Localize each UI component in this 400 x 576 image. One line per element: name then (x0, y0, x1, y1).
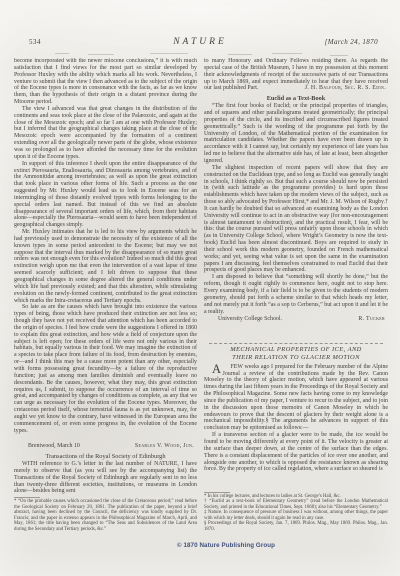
scan-content: 534 NATURE [March 24, 1870 become incorp… (0, 0, 400, 576)
section-heading-euclid: Euclid as a Text-Book (204, 95, 388, 102)
scan-artifact (88, 54, 114, 55)
scan-artifact (228, 54, 252, 55)
article-title: MECHANICAL PROPERTIES OF ICE, AND THEIR … (204, 346, 388, 361)
scanned-page: 534 NATURE [March 24, 1870 become incorp… (0, 0, 400, 576)
footnote: * “On the probable causes which occasion… (14, 499, 197, 532)
page-header: 534 NATURE [March 24, 1870 (0, 38, 400, 50)
footnote: § Proceedings of the Royal Society, Jan.… (204, 521, 388, 532)
body-paragraph: AFEW weeks ago I prepared for the Februa… (204, 364, 388, 432)
drop-cap: A (204, 364, 223, 376)
article-title-line2: THEIR RELATION TO GLACIER MOTION (232, 354, 360, 361)
left-column: become incorporated with the newer mioce… (14, 58, 197, 532)
letter-signature: Brentwood, March 10 Searles V. Wood, Jun… (14, 442, 197, 450)
signature-place-date: University College School. (218, 316, 282, 323)
right-column-text: to many Honorary and Ordinary Fellows re… (204, 58, 388, 341)
footnote-block: * In his college lectures, and lectures … (204, 490, 388, 532)
body-paragraph: So late as are the causes which have bro… (14, 304, 197, 434)
signature-name: R. Tucker (358, 316, 385, 323)
body-paragraph: In support of this inference I dwelt upo… (14, 161, 197, 229)
issue-date: [March 24, 1870 (325, 38, 378, 46)
scan-artifact (150, 53, 188, 54)
copyright-watermark: © 1870 Nature Publishing Group (177, 542, 275, 549)
signature-place-date: Brentwood, March 10 (28, 443, 80, 450)
left-column-text: become incorporated with the newer mioce… (14, 58, 197, 442)
body-paragraph: I am disposed to believe that “something… (204, 274, 388, 315)
footnote: ‡ Nature. In consequence of pressure of … (204, 510, 388, 521)
footnote: † “Euclid as a text-book of Elementary G… (204, 499, 388, 510)
scan-artifact (55, 53, 69, 54)
signature-name: Searles V. Wood, Jun. (135, 443, 194, 450)
article-title-line1: MECHANICAL PROPERTIES OF ICE, AND (230, 346, 362, 353)
paragraph-text: FEW weeks ago I prepared for the Februar… (204, 364, 388, 432)
body-paragraph: The slightest inspection of recent paper… (204, 165, 388, 275)
body-paragraph: become incorporated with the newer mioce… (14, 58, 197, 106)
body-paragraph: WITH reference to G.’s letter in the las… (14, 461, 197, 495)
letter-signature: University College School. R. Tucker (204, 315, 388, 323)
body-paragraph: Mr. Huxley intimates that he is led to h… (14, 229, 197, 304)
right-column: to many Honorary and Ordinary Fellows re… (204, 58, 388, 532)
article-ice-section: MECHANICAL PROPERTIES OF ICE, AND THEIR … (204, 341, 388, 490)
scan-artifact (330, 55, 348, 56)
section-heading-transactions: Transactions of the Royal Society of Edi… (14, 453, 197, 460)
body-paragraph: “The first four books of Euclid; or the … (204, 103, 388, 165)
section-divider (209, 343, 383, 344)
body-paragraph: The view I advanced was that great chang… (14, 106, 197, 161)
body-paragraph: If a transverse section of a glacier wer… (204, 432, 388, 473)
scan-artifact (272, 53, 302, 54)
footnote-rule (204, 492, 230, 493)
